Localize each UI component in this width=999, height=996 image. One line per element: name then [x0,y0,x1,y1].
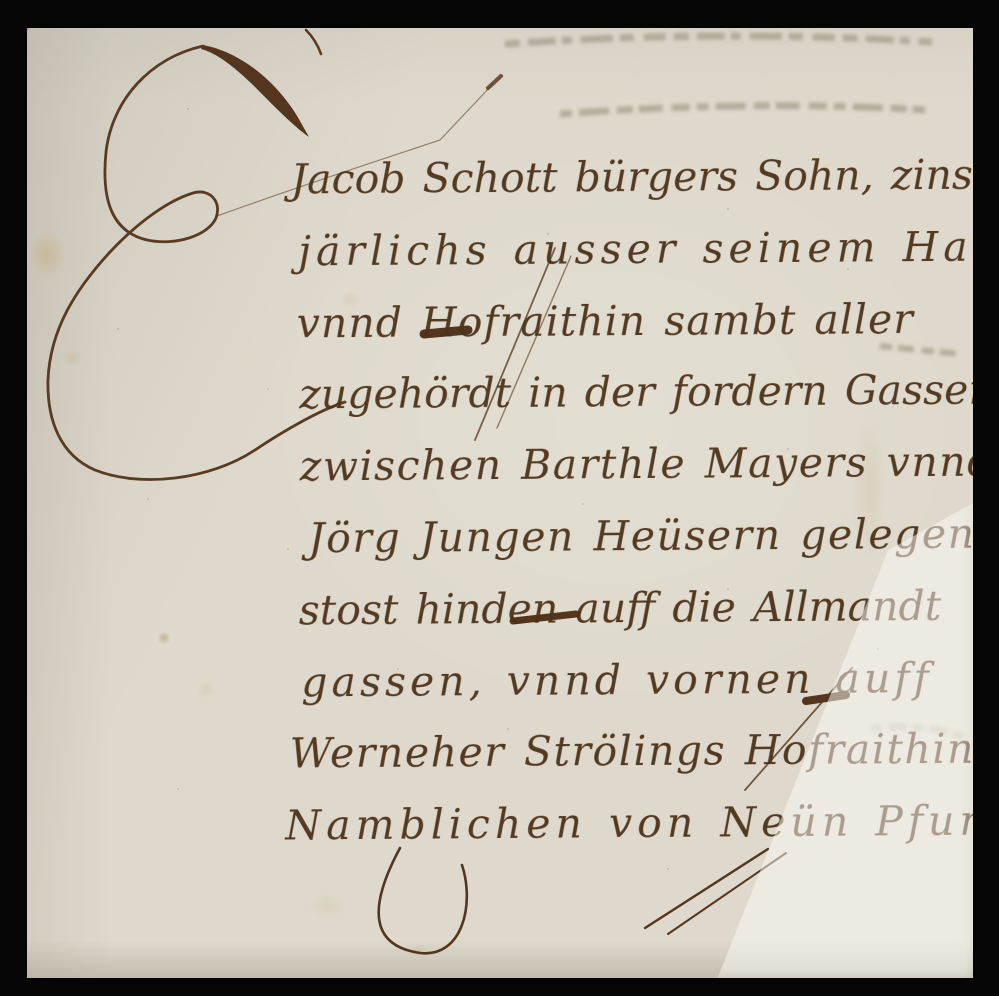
manuscript-line: Jörg Jungen Heüsern gelegen, [308,508,973,565]
manuscript-line: stost hinden auff die Allmandt [299,580,942,636]
manuscript-page: Jacob Schott bürgers Sohn, zinst järlich… [27,28,973,978]
manuscript-text: Jacob Schott bürgers Sohn, zinst järlich… [27,28,973,978]
manuscript-line: zugehördt in der fordern Gassen, [299,363,973,420]
photo-frame: Jacob Schott bürgers Sohn, zinst järlich… [0,0,999,996]
manuscript-line: järlichs ausser seinem Hauß [298,220,973,277]
manuscript-line: vnnd Hofraithin sambt aller [297,293,914,349]
manuscript-line: Werneher Strölings Hofraithin, [290,723,973,780]
manuscript-line: zwischen Barthle Mayers vnnd [300,436,973,493]
manuscript-line: Namblichen von Neün Pfundt [285,794,973,851]
manuscript-line: Jacob Schott bürgers Sohn, zinst [291,149,973,206]
manuscript-line: gassen, vnnd vornen auff [301,652,933,708]
paper-specks [27,28,29,30]
